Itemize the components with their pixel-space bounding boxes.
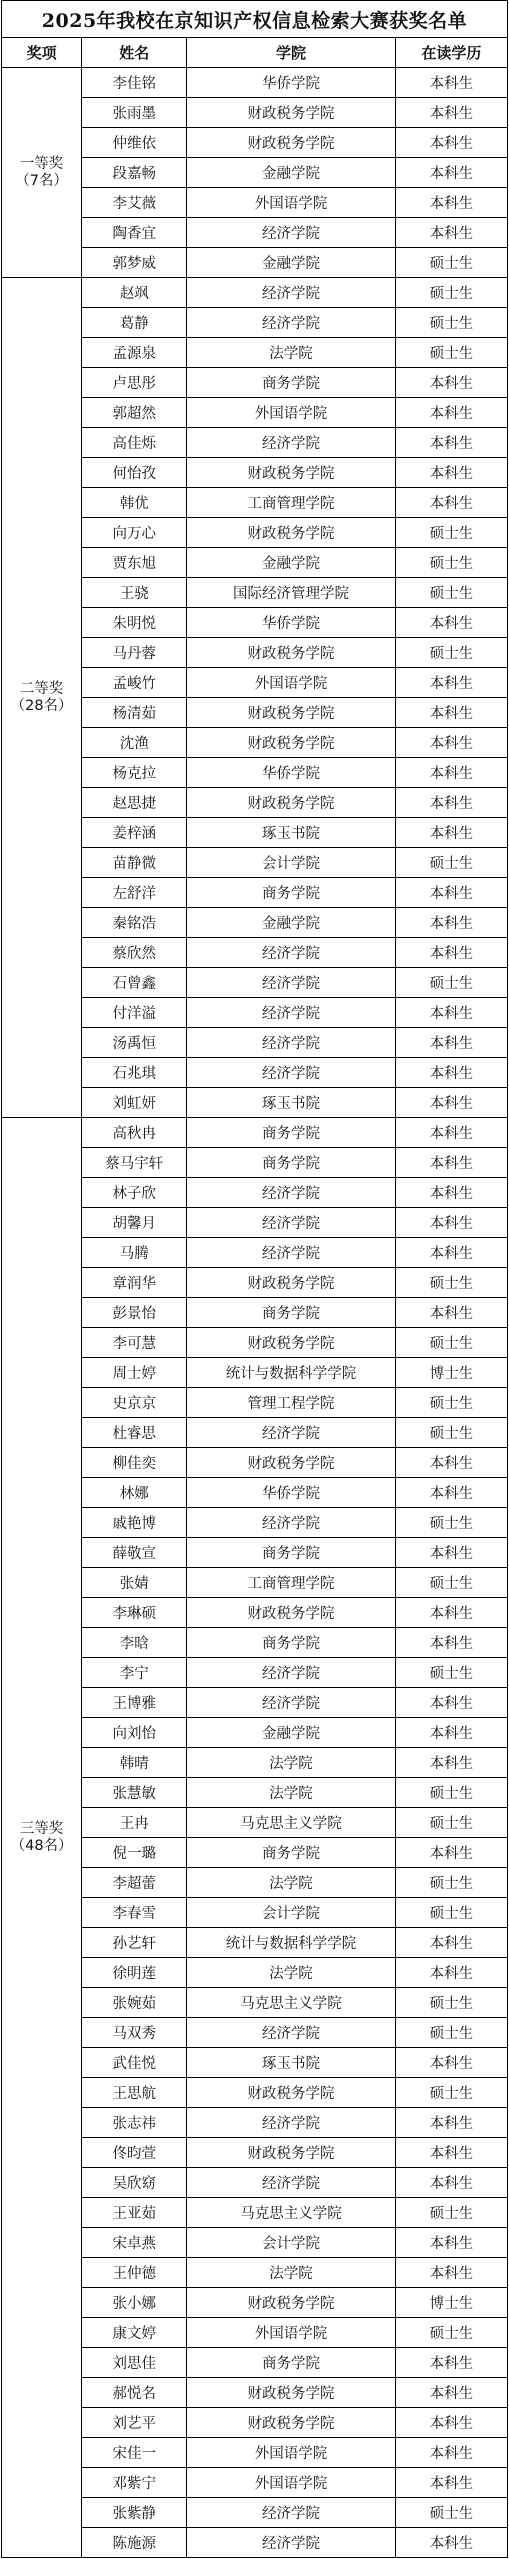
name-cell: 孟源泉 (82, 338, 187, 368)
college-cell: 琢玉书院 (187, 1088, 395, 1118)
name-cell: 陈施源 (82, 2528, 187, 2558)
name-cell: 刘思佳 (82, 2348, 187, 2378)
college-cell: 会计学院 (187, 2228, 395, 2258)
name-cell: 史京京 (82, 1388, 187, 1418)
college-cell: 财政税务学院 (187, 2078, 395, 2108)
name-cell: 秦铭浩 (82, 908, 187, 938)
name-cell: 王思航 (82, 2078, 187, 2108)
name-cell: 周士婷 (82, 1358, 187, 1388)
college-cell: 财政税务学院 (187, 98, 395, 128)
degree-cell: 本科生 (395, 98, 507, 128)
degree-cell: 硕士生 (395, 968, 507, 998)
degree-cell: 硕士生 (395, 1778, 507, 1808)
name-cell: 杨克拉 (82, 758, 187, 788)
college-cell: 经济学院 (187, 1508, 395, 1538)
degree-cell: 硕士生 (395, 308, 507, 338)
degree-cell: 硕士生 (395, 1328, 507, 1358)
table-row: 三等奖（48名）高秋冉商务学院本科生 (2, 1118, 508, 1148)
award-level-cell: 一等奖（7名） (2, 68, 82, 278)
name-cell: 付洋溢 (82, 998, 187, 1028)
degree-cell: 硕士生 (395, 1418, 507, 1448)
name-cell: 王冉 (82, 1808, 187, 1838)
name-cell: 杨清茹 (82, 698, 187, 728)
college-cell: 财政税务学院 (187, 1598, 395, 1628)
college-cell: 财政税务学院 (187, 2408, 395, 2438)
degree-cell: 硕士生 (395, 2078, 507, 2108)
college-cell: 财政税务学院 (187, 1268, 395, 1298)
name-cell: 赵飒 (82, 278, 187, 308)
table-body: 一等奖（7名）李佳铭华侨学院本科生张雨墨财政税务学院本科生仲维依财政税务学院本科… (2, 68, 508, 2558)
degree-cell: 硕士生 (395, 1868, 507, 1898)
college-cell: 商务学院 (187, 1118, 395, 1148)
degree-cell: 本科生 (395, 158, 507, 188)
degree-cell: 硕士生 (395, 1988, 507, 2018)
name-cell: 蔡马宇轩 (82, 1148, 187, 1178)
name-cell: 张婉茹 (82, 1988, 187, 2018)
college-cell: 法学院 (187, 1958, 395, 1988)
name-cell: 宋卓燕 (82, 2228, 187, 2258)
degree-cell: 本科生 (395, 1448, 507, 1478)
name-cell: 沈渔 (82, 728, 187, 758)
college-cell: 金融学院 (187, 548, 395, 578)
college-cell: 经济学院 (187, 2168, 395, 2198)
name-cell: 李可慧 (82, 1328, 187, 1358)
name-cell: 苗静微 (82, 848, 187, 878)
name-cell: 贾东旭 (82, 548, 187, 578)
name-cell: 王仲德 (82, 2258, 187, 2288)
degree-cell: 本科生 (395, 1958, 507, 1988)
name-cell: 宋佳一 (82, 2438, 187, 2468)
name-cell: 卢思彤 (82, 368, 187, 398)
college-cell: 外国语学院 (187, 398, 395, 428)
award-level-label: 三等奖 (2, 1821, 81, 1838)
degree-cell: 本科生 (395, 1148, 507, 1178)
college-cell: 外国语学院 (187, 2468, 395, 2498)
name-cell: 马双秀 (82, 2018, 187, 2048)
college-cell: 经济学院 (187, 1658, 395, 1688)
degree-cell: 本科生 (395, 1118, 507, 1148)
award-count-label: （7名） (2, 173, 81, 190)
header-degree: 在读学历 (395, 38, 507, 68)
degree-cell: 本科生 (395, 2348, 507, 2378)
degree-cell: 本科生 (395, 2528, 507, 2558)
name-cell: 章润华 (82, 1268, 187, 1298)
college-cell: 统计与数据科学学院 (187, 1358, 395, 1388)
name-cell: 马腾 (82, 1238, 187, 1268)
college-cell: 经济学院 (187, 2108, 395, 2138)
college-cell: 琢玉书院 (187, 818, 395, 848)
college-cell: 经济学院 (187, 218, 395, 248)
degree-cell: 本科生 (395, 368, 507, 398)
degree-cell: 本科生 (395, 458, 507, 488)
college-cell: 财政税务学院 (187, 698, 395, 728)
degree-cell: 硕士生 (395, 1898, 507, 1928)
name-cell: 向万心 (82, 518, 187, 548)
college-cell: 马克思主义学院 (187, 1988, 395, 2018)
college-cell: 统计与数据科学学院 (187, 1928, 395, 1958)
degree-cell: 硕士生 (395, 2018, 507, 2048)
college-cell: 会计学院 (187, 848, 395, 878)
degree-cell: 本科生 (395, 998, 507, 1028)
college-cell: 琢玉书院 (187, 2048, 395, 2078)
college-cell: 经济学院 (187, 2528, 395, 2558)
college-cell: 经济学院 (187, 1028, 395, 1058)
college-cell: 财政税务学院 (187, 638, 395, 668)
degree-cell: 本科生 (395, 2378, 507, 2408)
degree-cell: 本科生 (395, 818, 507, 848)
name-cell: 王亚茹 (82, 2198, 187, 2228)
college-cell: 经济学院 (187, 1208, 395, 1238)
college-cell: 马克思主义学院 (187, 2198, 395, 2228)
name-cell: 向刘怡 (82, 1718, 187, 1748)
college-cell: 商务学院 (187, 878, 395, 908)
name-cell: 段嘉畅 (82, 158, 187, 188)
name-cell: 仲维依 (82, 128, 187, 158)
degree-cell: 博士生 (395, 2288, 507, 2318)
name-cell: 何怡孜 (82, 458, 187, 488)
header-college: 学院 (187, 38, 395, 68)
college-cell: 经济学院 (187, 2018, 395, 2048)
degree-cell: 本科生 (395, 758, 507, 788)
name-cell: 康文婷 (82, 2318, 187, 2348)
degree-cell: 硕士生 (395, 548, 507, 578)
college-cell: 经济学院 (187, 1418, 395, 1448)
degree-cell: 本科生 (395, 938, 507, 968)
college-cell: 商务学院 (187, 1298, 395, 1328)
table-row: 一等奖（7名）李佳铭华侨学院本科生 (2, 68, 508, 98)
college-cell: 经济学院 (187, 1178, 395, 1208)
name-cell: 张雨墨 (82, 98, 187, 128)
college-cell: 财政税务学院 (187, 458, 395, 488)
name-cell: 柳佳奕 (82, 1448, 187, 1478)
college-cell: 外国语学院 (187, 668, 395, 698)
degree-cell: 本科生 (395, 788, 507, 818)
degree-cell: 硕士生 (395, 2198, 507, 2228)
name-cell: 高秋冉 (82, 1118, 187, 1148)
name-cell: 张紫静 (82, 2498, 187, 2528)
college-cell: 财政税务学院 (187, 728, 395, 758)
degree-cell: 本科生 (395, 428, 507, 458)
college-cell: 管理工程学院 (187, 1388, 395, 1418)
college-cell: 华侨学院 (187, 1478, 395, 1508)
name-cell: 李超蕾 (82, 1868, 187, 1898)
name-cell: 赵思捷 (82, 788, 187, 818)
name-cell: 吴欣窈 (82, 2168, 187, 2198)
name-cell: 李晗 (82, 1628, 187, 1658)
college-cell: 华侨学院 (187, 68, 395, 98)
degree-cell: 硕士生 (395, 638, 507, 668)
page-title: 2025年我校在京知识产权信息检索大赛获奖名单 (2, 1, 508, 38)
college-cell: 经济学院 (187, 968, 395, 998)
name-cell: 李艾薇 (82, 188, 187, 218)
name-cell: 孙艺轩 (82, 1928, 187, 1958)
degree-cell: 本科生 (395, 1628, 507, 1658)
college-cell: 经济学院 (187, 938, 395, 968)
college-cell: 华侨学院 (187, 758, 395, 788)
name-cell: 林娜 (82, 1478, 187, 1508)
name-cell: 邓紫宁 (82, 2468, 187, 2498)
degree-cell: 本科生 (395, 1598, 507, 1628)
degree-cell: 本科生 (395, 1718, 507, 1748)
college-cell: 外国语学院 (187, 2318, 395, 2348)
degree-cell: 博士生 (395, 1358, 507, 1388)
college-cell: 金融学院 (187, 248, 395, 278)
degree-cell: 硕士生 (395, 1388, 507, 1418)
college-cell: 金融学院 (187, 1718, 395, 1748)
header-award: 奖项 (2, 38, 82, 68)
degree-cell: 本科生 (395, 1688, 507, 1718)
name-cell: 王骁 (82, 578, 187, 608)
name-cell: 郭超然 (82, 398, 187, 428)
college-cell: 马克思主义学院 (187, 1808, 395, 1838)
degree-cell: 本科生 (395, 698, 507, 728)
degree-cell: 本科生 (395, 1838, 507, 1868)
name-cell: 韩晴 (82, 1748, 187, 1778)
degree-cell: 本科生 (395, 1208, 507, 1238)
college-cell: 国际经济管理学院 (187, 578, 395, 608)
degree-cell: 本科生 (395, 2108, 507, 2138)
degree-cell: 本科生 (395, 878, 507, 908)
degree-cell: 硕士生 (395, 1808, 507, 1838)
name-cell: 张志祎 (82, 2108, 187, 2138)
degree-cell: 硕士生 (395, 1658, 507, 1688)
degree-cell: 本科生 (395, 1178, 507, 1208)
table-row: 二等奖（28名）赵飒经济学院硕士生 (2, 278, 508, 308)
college-cell: 华侨学院 (187, 608, 395, 638)
award-level-cell: 三等奖（48名） (2, 1118, 82, 2558)
name-cell: 林子欣 (82, 1178, 187, 1208)
degree-cell: 本科生 (395, 728, 507, 758)
header-name: 姓名 (82, 38, 187, 68)
college-cell: 经济学院 (187, 1238, 395, 1268)
name-cell: 姜梓涵 (82, 818, 187, 848)
degree-cell: 本科生 (395, 1928, 507, 1958)
degree-cell: 硕士生 (395, 518, 507, 548)
college-cell: 财政税务学院 (187, 788, 395, 818)
name-cell: 倪一璐 (82, 1838, 187, 1868)
college-cell: 财政税务学院 (187, 1448, 395, 1478)
degree-cell: 本科生 (395, 218, 507, 248)
name-cell: 高佳烁 (82, 428, 187, 458)
degree-cell: 本科生 (395, 2138, 507, 2168)
name-cell: 李佳铭 (82, 68, 187, 98)
degree-cell: 本科生 (395, 608, 507, 638)
name-cell: 张小娜 (82, 2288, 187, 2318)
college-cell: 外国语学院 (187, 188, 395, 218)
college-cell: 财政税务学院 (187, 518, 395, 548)
college-cell: 会计学院 (187, 1898, 395, 1928)
award-count-label: （28名） (2, 698, 81, 715)
college-cell: 经济学院 (187, 278, 395, 308)
name-cell: 刘艺平 (82, 2408, 187, 2438)
degree-cell: 硕士生 (395, 2498, 507, 2528)
name-cell: 徐明莲 (82, 1958, 187, 1988)
name-cell: 张慧敏 (82, 1778, 187, 1808)
name-cell: 张婧 (82, 1568, 187, 1598)
degree-cell: 本科生 (395, 1478, 507, 1508)
college-cell: 经济学院 (187, 428, 395, 458)
college-cell: 经济学院 (187, 2498, 395, 2528)
name-cell: 郝悦名 (82, 2378, 187, 2408)
header-row: 奖项 姓名 学院 在读学历 (2, 38, 508, 68)
award-list-table: 2025年我校在京知识产权信息检索大赛获奖名单 奖项 姓名 学院 在读学历 一等… (1, 0, 508, 2558)
award-level-cell: 二等奖（28名） (2, 278, 82, 1118)
degree-cell: 本科生 (395, 2468, 507, 2498)
college-cell: 经济学院 (187, 1058, 395, 1088)
degree-cell: 硕士生 (395, 2318, 507, 2348)
college-cell: 经济学院 (187, 1688, 395, 1718)
name-cell: 蔡欣然 (82, 938, 187, 968)
degree-cell: 本科生 (395, 2258, 507, 2288)
name-cell: 胡馨月 (82, 1208, 187, 1238)
name-cell: 汤禹恒 (82, 1028, 187, 1058)
degree-cell: 硕士生 (395, 1568, 507, 1598)
name-cell: 韩优 (82, 488, 187, 518)
degree-cell: 本科生 (395, 188, 507, 218)
degree-cell: 本科生 (395, 908, 507, 938)
degree-cell: 本科生 (395, 1058, 507, 1088)
degree-cell: 本科生 (395, 68, 507, 98)
name-cell: 马丹蓉 (82, 638, 187, 668)
award-count-label: （48名） (2, 1838, 81, 1855)
name-cell: 左舒洋 (82, 878, 187, 908)
degree-cell: 本科生 (395, 2228, 507, 2258)
name-cell: 杜睿思 (82, 1418, 187, 1448)
name-cell: 陶香宜 (82, 218, 187, 248)
college-cell: 经济学院 (187, 308, 395, 338)
name-cell: 朱明悦 (82, 608, 187, 638)
degree-cell: 本科生 (395, 1238, 507, 1268)
college-cell: 商务学院 (187, 2348, 395, 2378)
name-cell: 李琳硕 (82, 1598, 187, 1628)
name-cell: 孟峻竹 (82, 668, 187, 698)
college-cell: 财政税务学院 (187, 128, 395, 158)
name-cell: 佟昀萱 (82, 2138, 187, 2168)
degree-cell: 本科生 (395, 1088, 507, 1118)
name-cell: 葛静 (82, 308, 187, 338)
college-cell: 财政税务学院 (187, 2138, 395, 2168)
college-cell: 外国语学院 (187, 2438, 395, 2468)
degree-cell: 本科生 (395, 128, 507, 158)
college-cell: 财政税务学院 (187, 1328, 395, 1358)
degree-cell: 本科生 (395, 398, 507, 428)
degree-cell: 本科生 (395, 2048, 507, 2078)
college-cell: 财政税务学院 (187, 2288, 395, 2318)
degree-cell: 硕士生 (395, 848, 507, 878)
college-cell: 金融学院 (187, 908, 395, 938)
college-cell: 商务学院 (187, 1148, 395, 1178)
college-cell: 金融学院 (187, 158, 395, 188)
college-cell: 法学院 (187, 1868, 395, 1898)
award-level-label: 二等奖 (2, 681, 81, 698)
name-cell: 戚艳博 (82, 1508, 187, 1538)
college-cell: 商务学院 (187, 368, 395, 398)
name-cell: 王博雅 (82, 1688, 187, 1718)
name-cell: 石兆琪 (82, 1058, 187, 1088)
college-cell: 法学院 (187, 2258, 395, 2288)
degree-cell: 本科生 (395, 2438, 507, 2468)
college-cell: 商务学院 (187, 1838, 395, 1868)
degree-cell: 本科生 (395, 2168, 507, 2198)
college-cell: 财政税务学院 (187, 2378, 395, 2408)
degree-cell: 硕士生 (395, 578, 507, 608)
degree-cell: 硕士生 (395, 1268, 507, 1298)
name-cell: 李宁 (82, 1658, 187, 1688)
name-cell: 石曾鑫 (82, 968, 187, 998)
degree-cell: 硕士生 (395, 1508, 507, 1538)
college-cell: 商务学院 (187, 1538, 395, 1568)
degree-cell: 本科生 (395, 1298, 507, 1328)
name-cell: 彭景怡 (82, 1298, 187, 1328)
college-cell: 工商管理学院 (187, 1568, 395, 1598)
degree-cell: 本科生 (395, 1028, 507, 1058)
college-cell: 商务学院 (187, 1628, 395, 1658)
name-cell: 薛敬宣 (82, 1538, 187, 1568)
degree-cell: 本科生 (395, 2408, 507, 2438)
college-cell: 法学院 (187, 1748, 395, 1778)
degree-cell: 本科生 (395, 1748, 507, 1778)
name-cell: 李春雪 (82, 1898, 187, 1928)
name-cell: 郭梦威 (82, 248, 187, 278)
degree-cell: 硕士生 (395, 278, 507, 308)
degree-cell: 本科生 (395, 668, 507, 698)
name-cell: 刘虹妍 (82, 1088, 187, 1118)
college-cell: 法学院 (187, 338, 395, 368)
college-cell: 工商管理学院 (187, 488, 395, 518)
degree-cell: 硕士生 (395, 338, 507, 368)
award-level-label: 一等奖 (2, 156, 81, 173)
name-cell: 武佳悦 (82, 2048, 187, 2078)
college-cell: 法学院 (187, 1778, 395, 1808)
degree-cell: 本科生 (395, 488, 507, 518)
degree-cell: 硕士生 (395, 248, 507, 278)
degree-cell: 本科生 (395, 1538, 507, 1568)
college-cell: 经济学院 (187, 998, 395, 1028)
